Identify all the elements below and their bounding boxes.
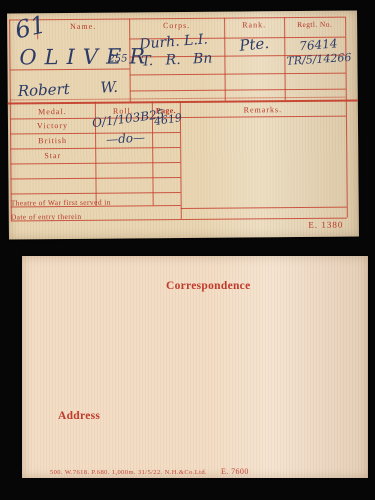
medal-col-header: Medal. [10, 107, 95, 117]
surname-handwritten: OLIVER [19, 44, 153, 69]
british-roll-ditto-handwritten: —do— [106, 130, 146, 146]
rule [224, 18, 226, 101]
rule [130, 89, 346, 92]
corner-number-handwritten: 61 [12, 10, 48, 44]
corps-line2-handwritten: T. R. Bn [141, 51, 213, 70]
form-number-bottom: E. 7600 [221, 467, 249, 476]
regtl-no-line2-handwritten: TR/5/14266 [286, 51, 352, 68]
regtl-no-line1-handwritten: 76414 [299, 36, 338, 53]
medal-index-card: Name. Corps. Rank. Regtl. No. 61 OLIVER … [7, 10, 359, 239]
corps-prefix-handwritten: 255 [108, 53, 127, 64]
header-corps: Corps. [129, 21, 224, 31]
medal-row-british: British [10, 136, 95, 146]
medal-row-star: Star [10, 151, 95, 161]
victory-page-handwritten: 4619 [153, 111, 183, 128]
rule [9, 20, 12, 221]
remarks-col-header: Remarks. [180, 105, 346, 115]
header-rank: Rank. [224, 20, 284, 30]
date-of-entry-label: Date of entry therein [11, 212, 82, 222]
rule [181, 207, 347, 209]
correspondence-label: Correspondence [166, 280, 250, 292]
header-regtl-no: Regtl. No. [284, 20, 345, 30]
address-label: Address [58, 410, 100, 422]
correspondence-card: Correspondence Address 500. W.7618. P.68… [22, 256, 368, 478]
form-number-top: E. 1380 [305, 220, 347, 230]
rank-handwritten: Pte. [239, 34, 270, 55]
printer-imprint-line: 500. W.7618. P.680. 1,000m. 31/5/22. N.H… [50, 467, 249, 476]
theatre-of-war-label: Theatre of War first served in [11, 198, 111, 208]
corps-line1-handwritten: Durh. L.I. [139, 31, 209, 52]
medal-row-victory: Victory [10, 121, 95, 131]
rule [130, 73, 346, 76]
rule [345, 17, 348, 218]
forenames-handwritten: Robert W. [17, 78, 118, 100]
header-name: Name. [37, 21, 129, 31]
printer-imprint-text: 500. W.7618. P.680. 1,000m. 31/5/22. N.H… [50, 469, 207, 476]
section-divider [8, 99, 358, 104]
